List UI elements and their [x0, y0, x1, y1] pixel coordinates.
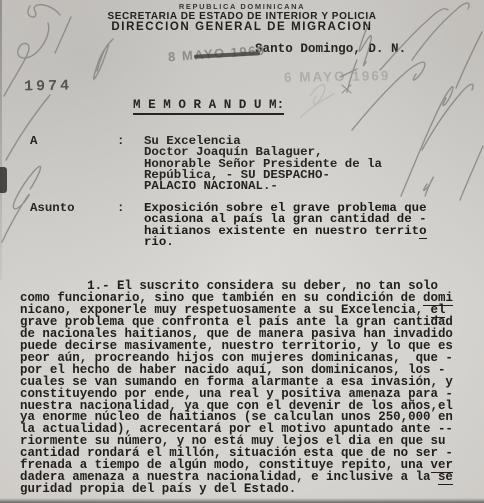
memo-title: M E M O R A N D U M:: [133, 98, 284, 115]
pencil-scribble: [424, 177, 434, 196]
pencil-scribble: [401, 87, 453, 196]
scan-left-edge-shadow: [0, 0, 2, 280]
scan-bottom-edge-shadow: [0, 498, 484, 503]
pencil-scribble: [460, 146, 483, 200]
subject-line: rio.: [144, 237, 427, 248]
subject-separator: :: [117, 203, 124, 214]
letterhead-office: DIRECCION GENERAL DE MIGRACION: [0, 21, 484, 33]
memo-body-paragraph: 1.- El suscrito considera su deber, no t…: [20, 281, 453, 496]
faint-pencil-scribble: [300, 94, 334, 118]
scanned-memo-page: REPUBLICA DOMINICANA SECRETARIA DE ESTAD…: [0, 0, 484, 503]
to-address-block: Su ExcelenciaDoctor Joaquín Balaguer,Hon…: [144, 136, 382, 193]
city-dateline: Santo Domingo, D. N.: [255, 42, 406, 56]
pencil-x-mark: [342, 85, 351, 93]
scan-left-edge-blot: [0, 167, 7, 193]
pencil-scribble: [6, 95, 50, 160]
pencil-scribble: [94, 39, 113, 79]
faint-pencil-scribble: [310, 85, 325, 104]
body-line: guridad propia del país y del Estado.: [20, 484, 453, 496]
letterhead-country: REPUBLICA DOMINICANA: [0, 2, 484, 11]
pencil-scribble: [456, 32, 482, 88]
to-label: A: [30, 136, 37, 147]
address-line: PALACIO NACIONAL.-: [144, 181, 382, 192]
to-separator: :: [117, 136, 124, 147]
date-stamp-2: 6 MAYO 1969: [284, 68, 391, 85]
document-number: 1974: [24, 78, 72, 96]
subject-label: Asunto: [30, 203, 75, 214]
subject-line: haitianos existente en nuestro territo: [144, 226, 427, 237]
pencil-scribble: [422, 84, 473, 150]
subject-text-block: Exposición sobre el grave problema queoc…: [144, 203, 427, 248]
